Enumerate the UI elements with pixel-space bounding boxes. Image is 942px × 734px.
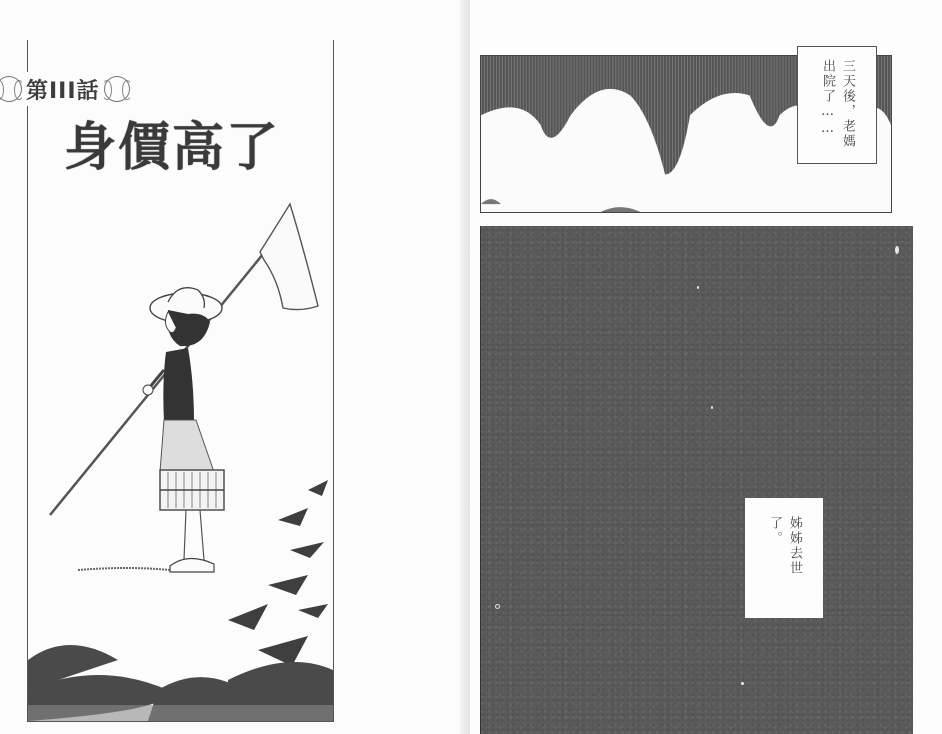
frame-border-right xyxy=(333,40,334,722)
narration-line: 出院了…… xyxy=(820,59,834,163)
chapter-label: 第III話 xyxy=(6,72,130,106)
narration-line: 三天後，老媽 xyxy=(840,59,854,163)
narration-box: 三天後，老媽 出院了…… xyxy=(797,46,877,164)
narration-box: 姊姊去世 了。 xyxy=(745,498,823,618)
chapter-number: 第III話 xyxy=(24,74,102,105)
frame-border-bottom xyxy=(27,721,334,722)
girl-with-butterfly-net-illustration xyxy=(28,190,333,721)
baseball-icon xyxy=(0,76,22,102)
chapter-illustration xyxy=(28,190,333,721)
narration-line: 了。 xyxy=(767,516,781,618)
speck xyxy=(895,246,899,254)
speck xyxy=(741,682,744,685)
manga-spread: 第III話 身價高了 xyxy=(0,0,942,734)
speck xyxy=(711,406,713,409)
speck xyxy=(495,604,500,609)
baseball-icon xyxy=(104,76,130,102)
speck xyxy=(697,286,699,289)
dark-panel xyxy=(480,226,913,734)
left-page: 第III話 身價高了 xyxy=(0,0,470,734)
chapter-title: 身價高了 xyxy=(64,118,280,178)
narration-line: 姊姊去世 xyxy=(787,516,801,618)
